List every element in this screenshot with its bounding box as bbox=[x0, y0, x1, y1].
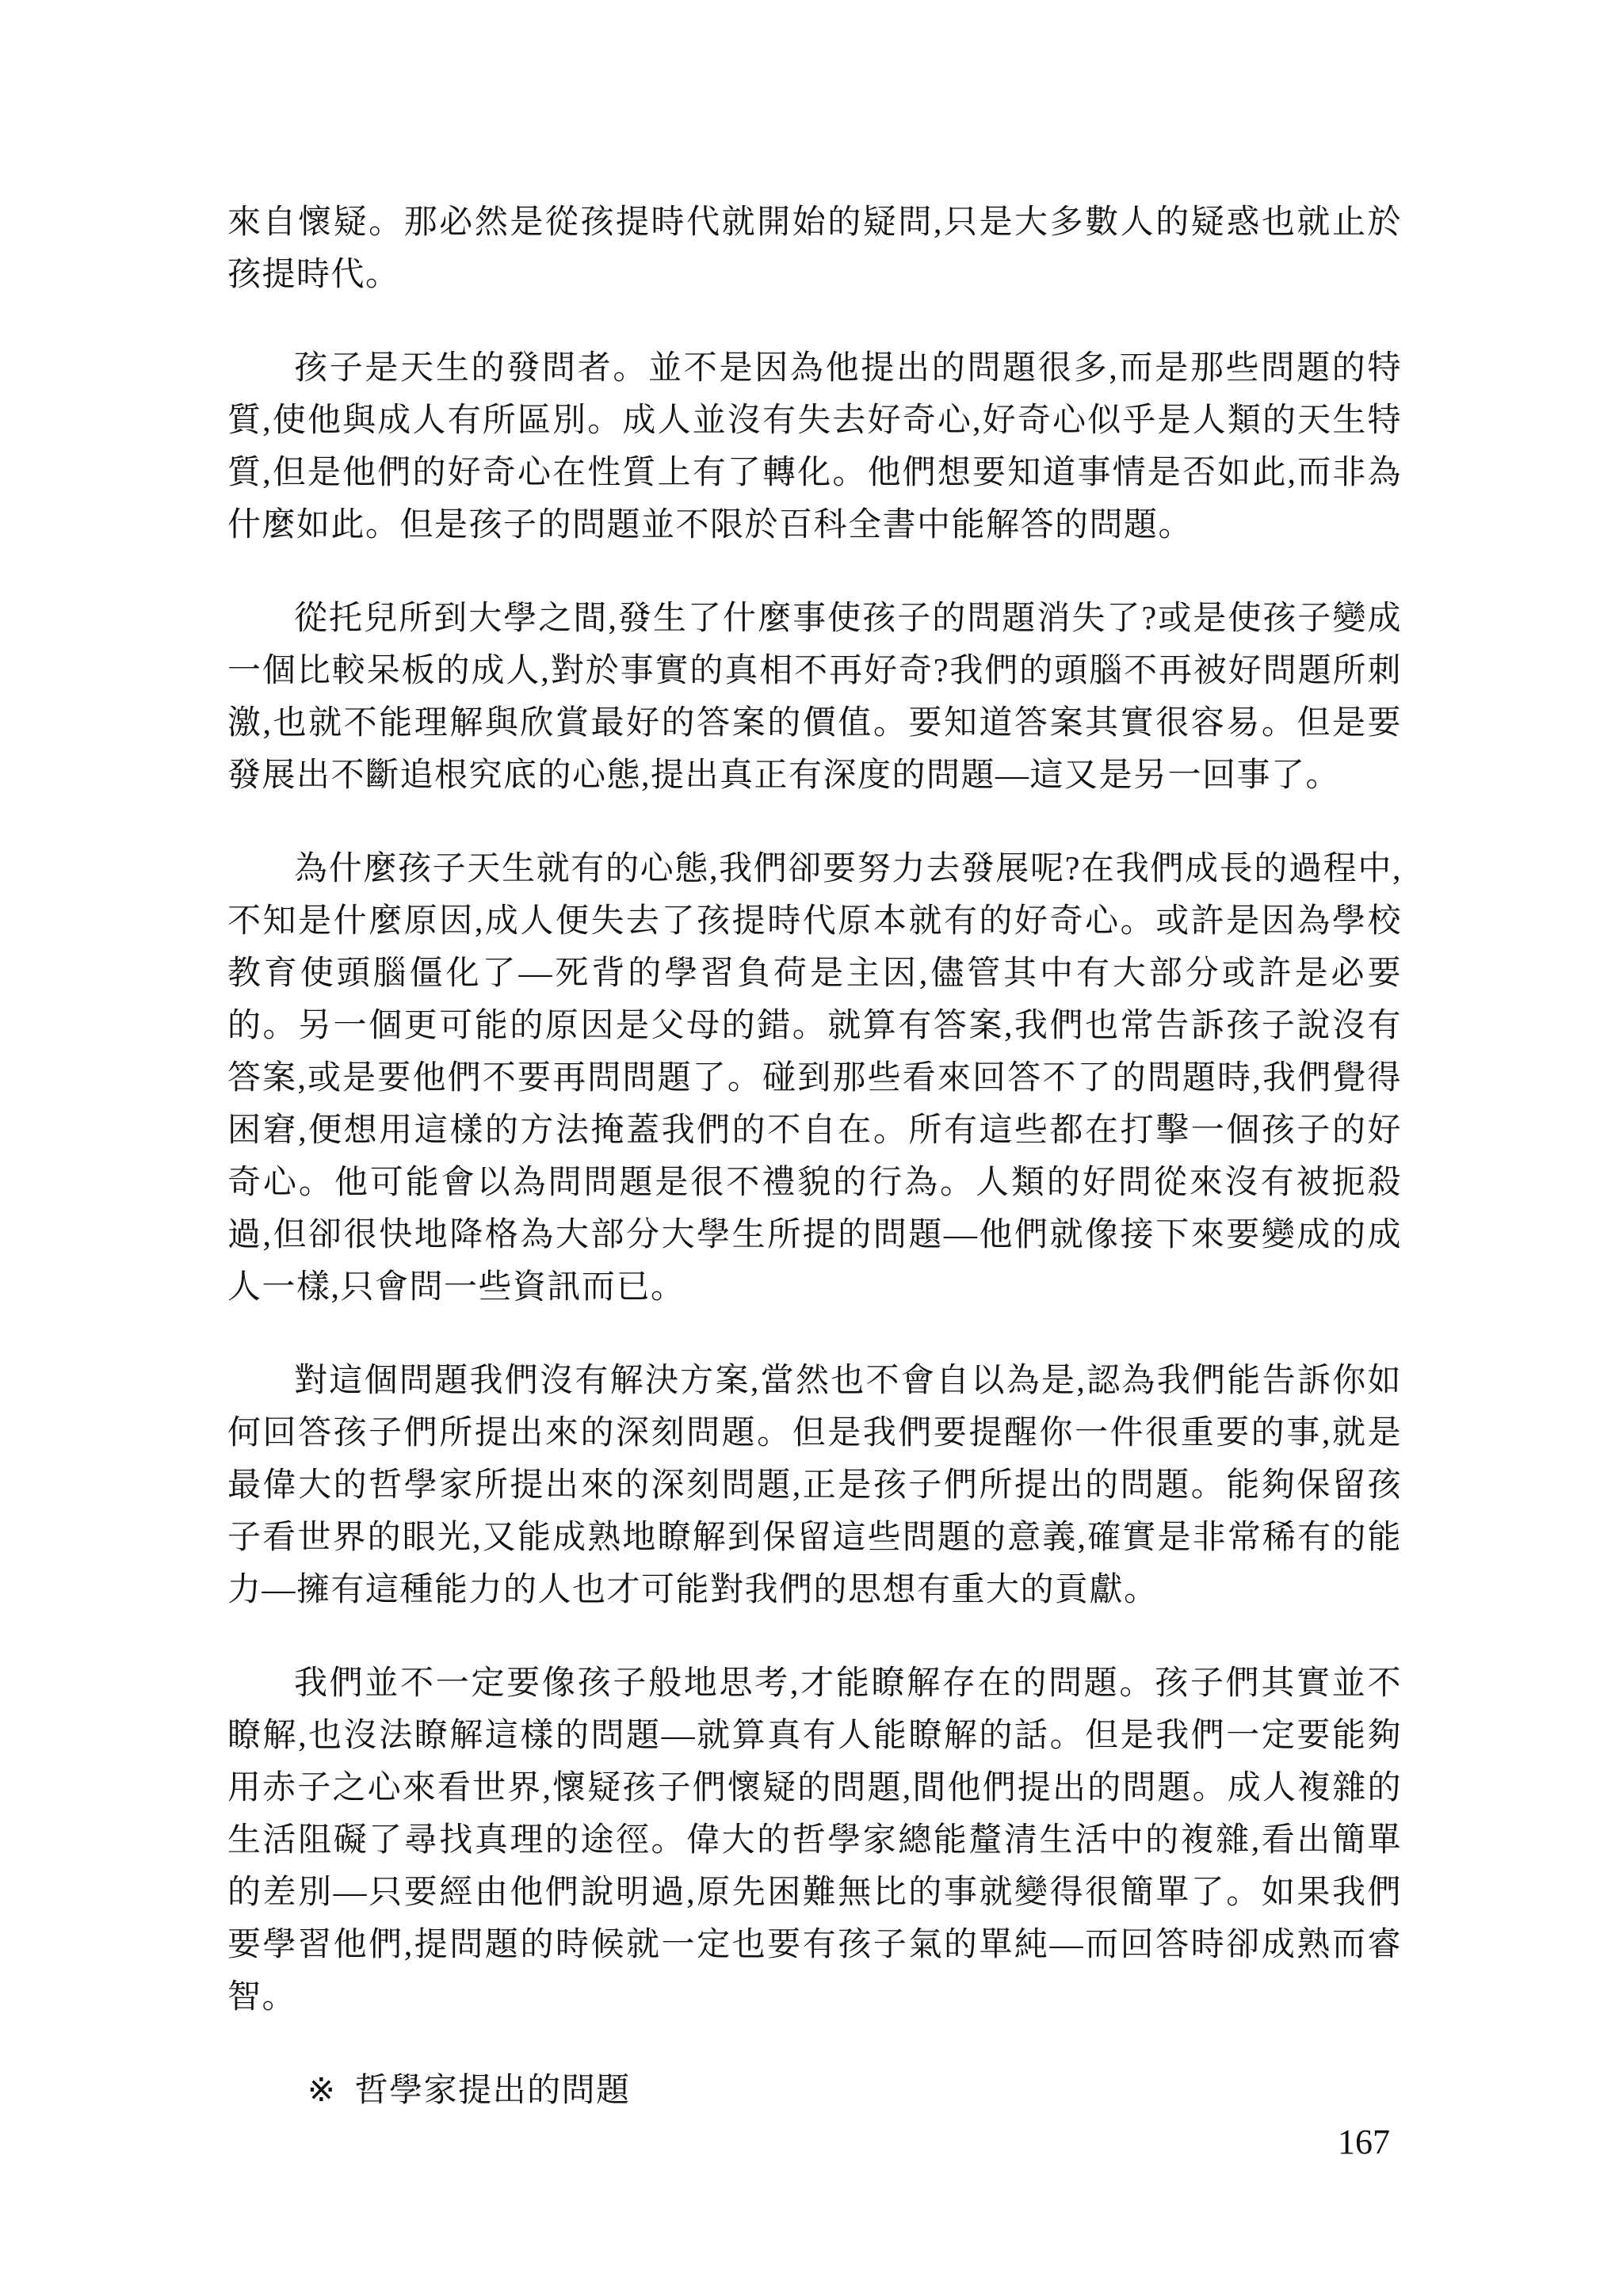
paragraph: 從托兒所到大學之間,發生了什麼事使孩子的問題消失了?或是使孩子變成一個比較呆板的… bbox=[227, 593, 1402, 802]
paragraph: 我們並不一定要像孩子般地思考,才能瞭解存在的問題。孩子們其實並不瞭解,也沒法瞭解… bbox=[227, 1657, 1402, 2023]
section-marker-icon: ※ bbox=[307, 2065, 337, 2117]
section-title: 哲學家提出的問題 bbox=[355, 2065, 631, 2117]
book-page: 來自懷疑。那必然是從孩提時代就開始的疑問,只是大多數人的疑惑也就止於孩提時代。 … bbox=[0, 0, 1623, 2296]
text-block: 來自懷疑。那必然是從孩提時代就開始的疑問,只是大多數人的疑惑也就止於孩提時代。 … bbox=[227, 196, 1402, 2117]
paragraph: 孩子是天生的發問者。並不是因為他提出的問題很多,而是那些問題的特質,使他與成人有… bbox=[227, 342, 1402, 551]
paragraph-continuation: 來自懷疑。那必然是從孩提時代就開始的疑問,只是大多數人的疑惑也就止於孩提時代。 bbox=[227, 196, 1402, 301]
page-number: 167 bbox=[1338, 2122, 1390, 2163]
paragraph: 為什麼孩子天生就有的心態,我們卻要努力去發展呢?在我們成長的過程中,不知是什麼原… bbox=[227, 843, 1402, 1314]
paragraph: 對這個問題我們沒有解決方案,當然也不會自以為是,認為我們能告訴你如何回答孩子們所… bbox=[227, 1355, 1402, 1616]
section-heading: ※ 哲學家提出的問題 bbox=[227, 2065, 1402, 2117]
